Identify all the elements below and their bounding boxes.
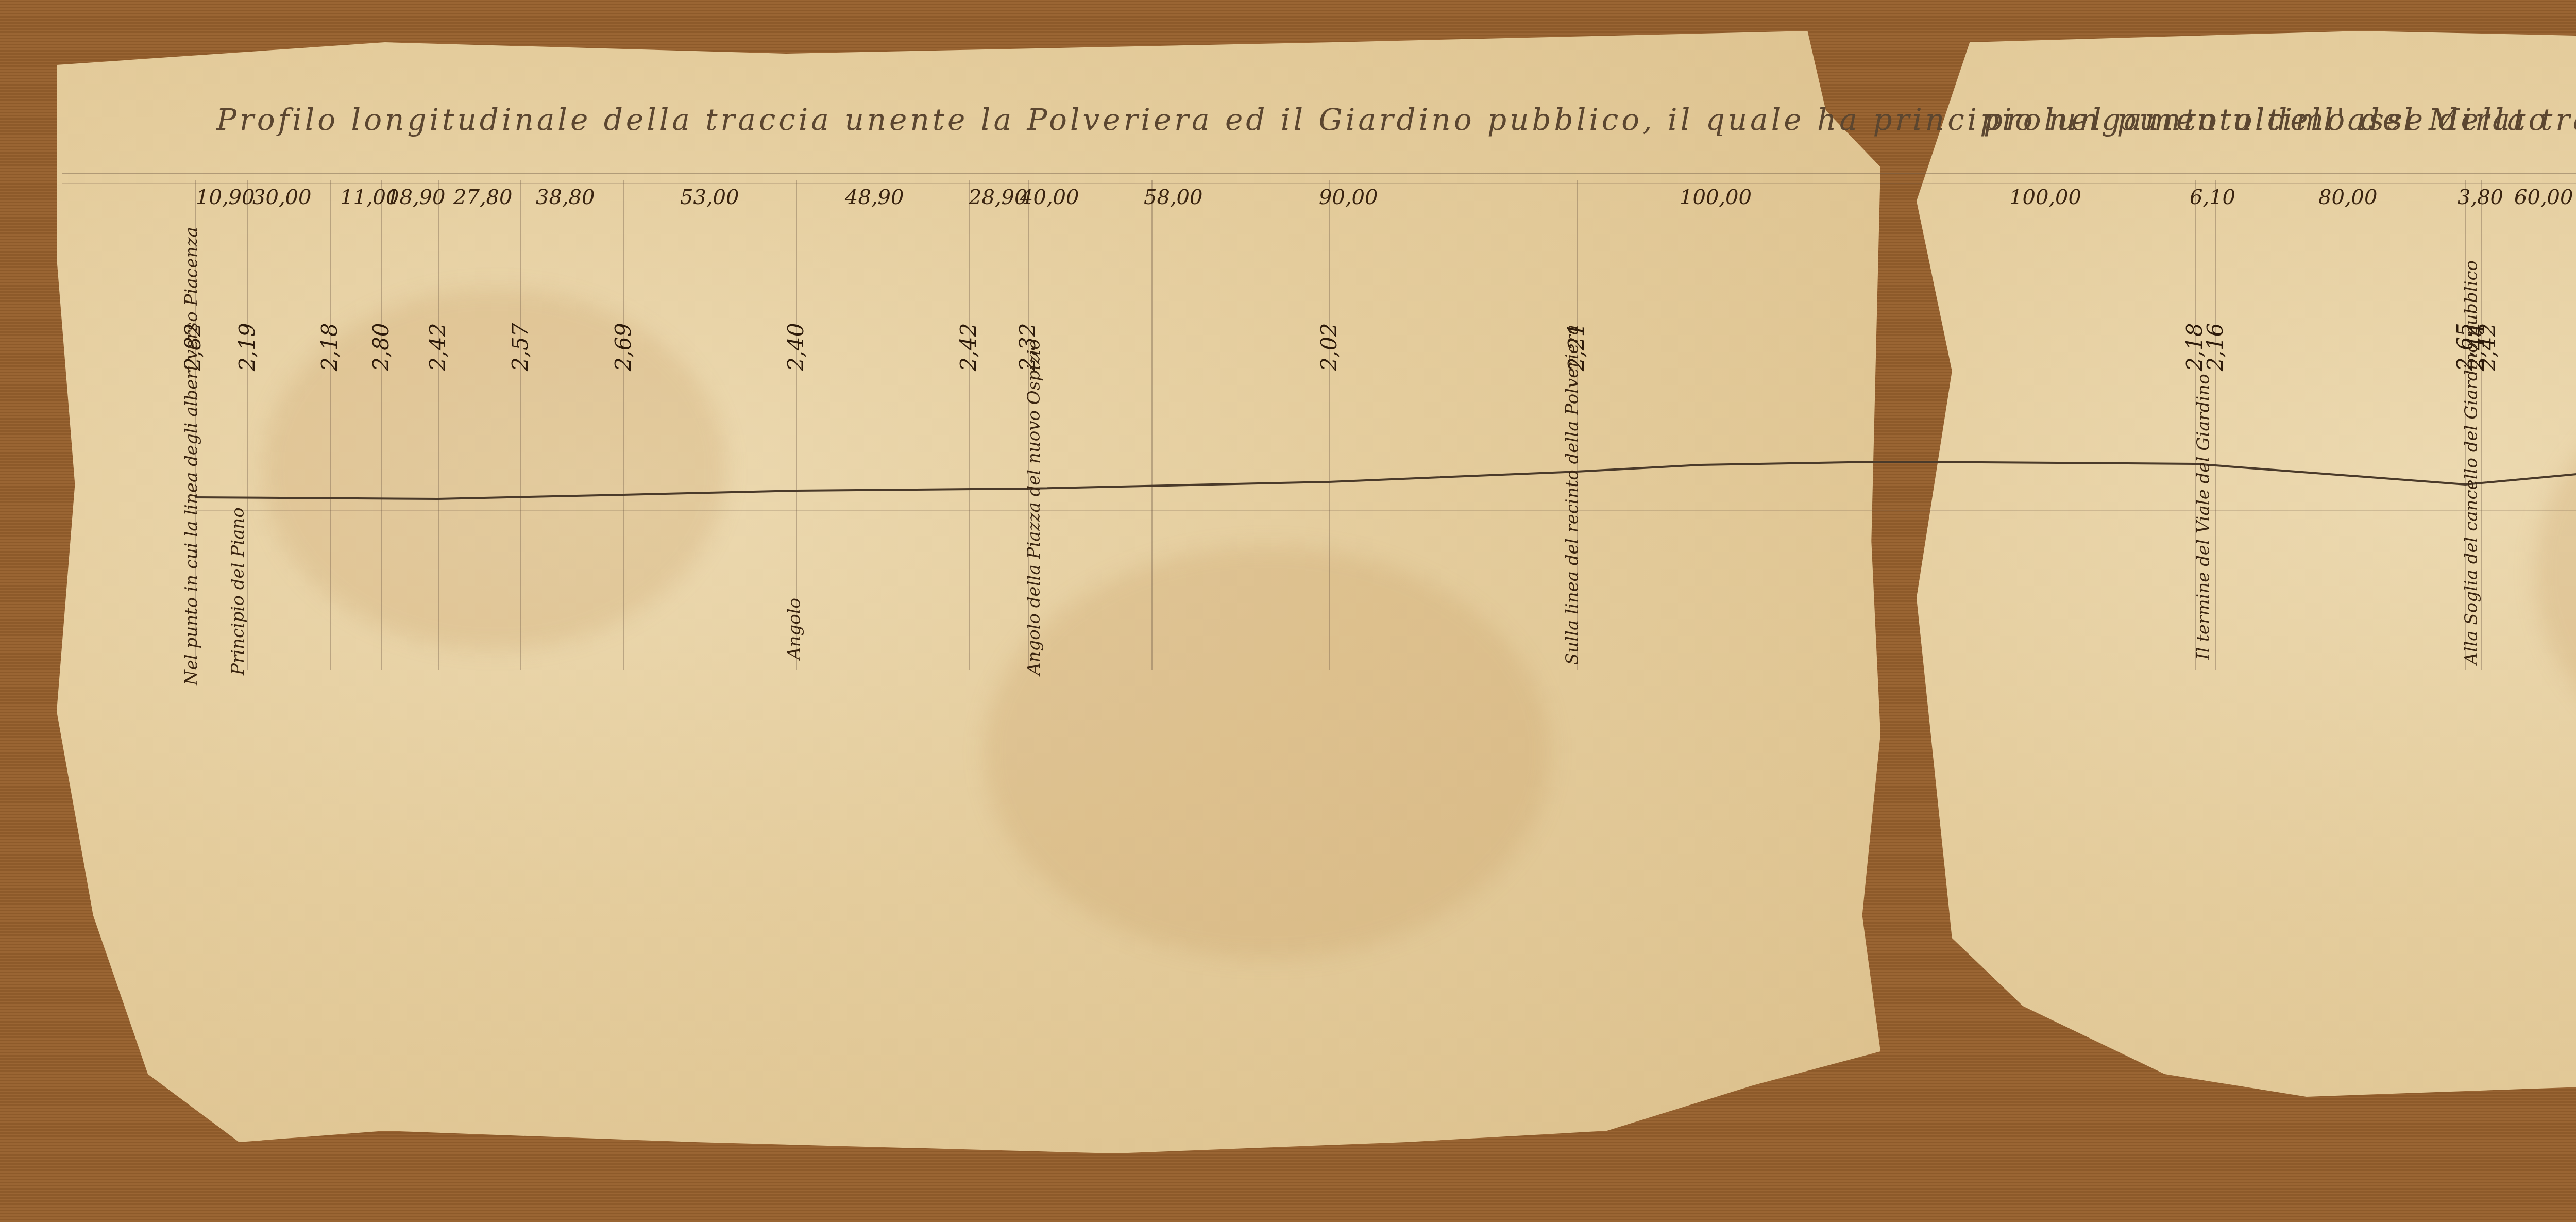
station-label: Angolo (783, 598, 806, 660)
station-label: Alla Soglia del cancello del Giardino pu… (2460, 260, 2483, 665)
station-label: Nel punto in cui la linea degli alberi v… (180, 227, 203, 685)
station-label: Principio del Piano (227, 507, 249, 675)
station-label: Il termine del Viale del Giardino (2192, 374, 2215, 660)
station-label: Sulla linea del recinto della Polveriera (1561, 325, 1584, 665)
station-label: Angolo della Piazza del nuovo Ospizio (1023, 339, 1045, 675)
profile-line (0, 0, 2576, 1222)
